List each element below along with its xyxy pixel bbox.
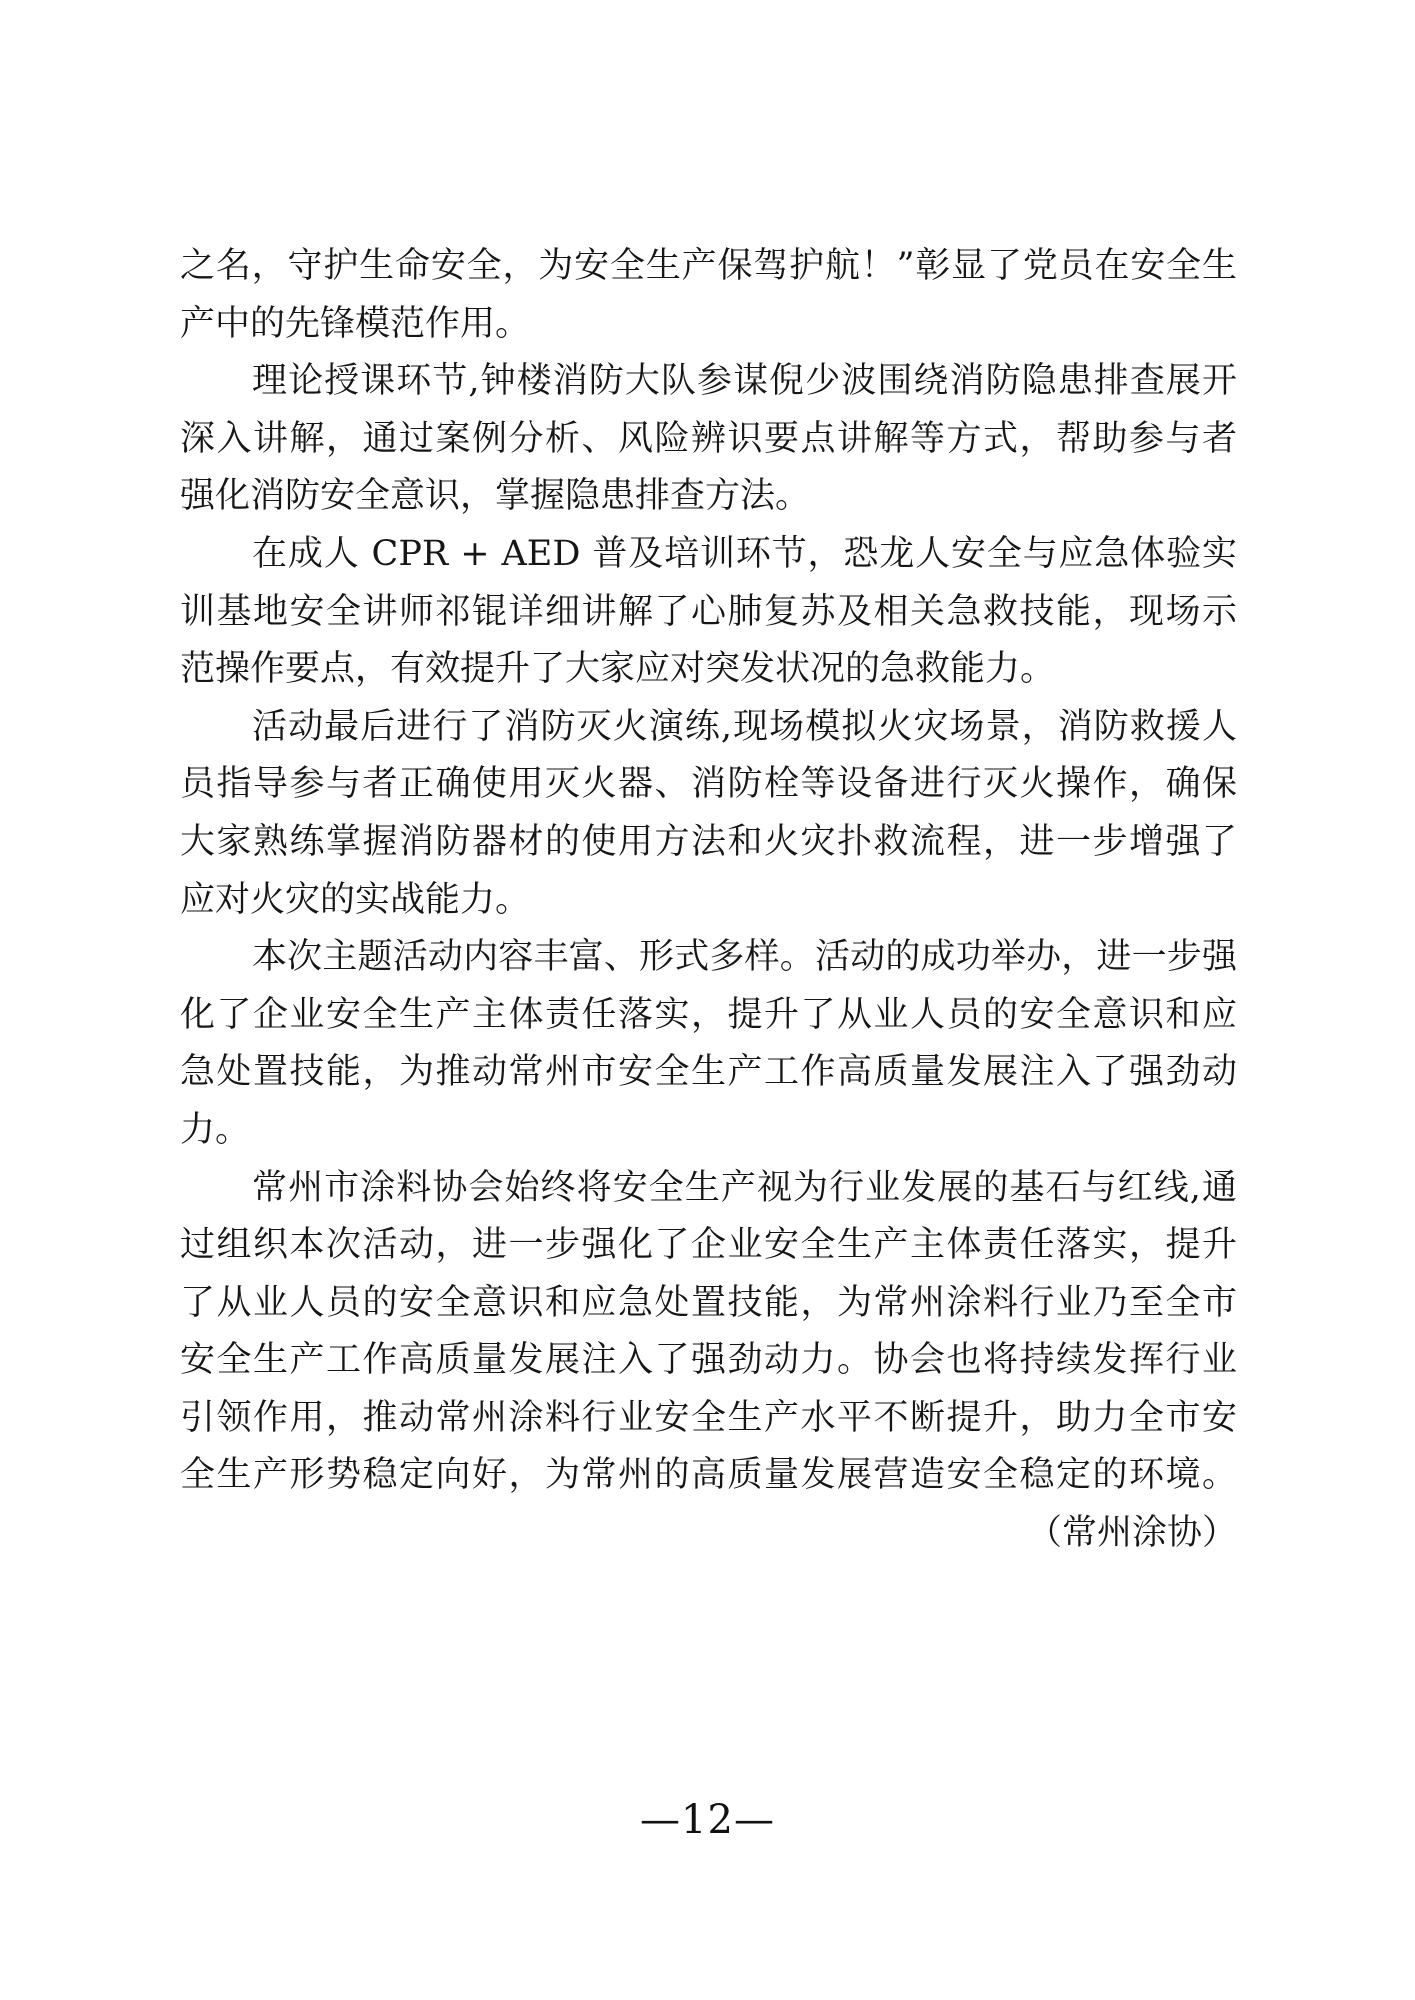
text-line: 深入讲解，通过案例分析、风险辨识要点讲解等方式，帮助参与者 xyxy=(180,411,1237,469)
text-line: 活动最后进行了消防灭火演练,现场模拟火灾场景，消防救援人 xyxy=(180,699,1237,757)
document-page: 之名，守护生命安全，为安全生产保驾护航！”彰显了党员在安全生 产中的先锋模范作用… xyxy=(0,0,1415,2000)
text-line: 急处置技能，为推动常州市安全生产工作高质量发展注入了强劲动 xyxy=(180,1044,1237,1102)
page-number: —12— xyxy=(640,1797,775,1843)
text-line: 应对火灾的实战能力。 xyxy=(180,872,1237,930)
text-line: 在成人 CPR + AED 普及培训环节，恐龙人安全与应急体验实 xyxy=(180,526,1237,584)
text-line: 强化消防安全意识，掌握隐患排查方法。 xyxy=(180,468,1237,526)
text-line: 全生产形势稳定向好，为常州的高质量发展营造安全稳定的环境。 xyxy=(180,1447,1237,1505)
text-line: 理论授课环节,钟楼消防大队参谋倪少波围绕消防隐患排查展开 xyxy=(180,353,1237,411)
text-line: 了从业人员的安全意识和应急处置技能，为常州涂料行业乃至全市 xyxy=(180,1275,1237,1333)
text-line: 产中的先锋模范作用。 xyxy=(180,296,1237,354)
text-line: 力。 xyxy=(180,1102,1237,1160)
text-line: 化了企业安全生产主体责任落实，提升了从业人员的安全意识和应 xyxy=(180,987,1237,1045)
page-footer: —12— xyxy=(0,1790,1415,1850)
signature: （常州涂协） xyxy=(180,1505,1237,1563)
text-line: 训基地安全讲师祁锟详细讲解了心肺复苏及相关急救技能，现场示 xyxy=(180,584,1237,642)
text-line: 大家熟练掌握消防器材的使用方法和火灾扑救流程，进一步增强了 xyxy=(180,814,1237,872)
text-line: 范操作要点，有效提升了大家应对突发状况的急救能力。 xyxy=(180,641,1237,699)
text-line: 常州市涂料协会始终将安全生产视为行业发展的基石与红线,通 xyxy=(180,1160,1237,1218)
text-line: 员指导参与者正确使用灭火器、消防栓等设备进行灭火操作，确保 xyxy=(180,756,1237,814)
document-body: 之名，守护生命安全，为安全生产保驾护航！”彰显了党员在安全生 产中的先锋模范作用… xyxy=(180,238,1237,1563)
text-line: 过组织本次活动，进一步强化了企业安全生产主体责任落实，提升 xyxy=(180,1217,1237,1275)
text-line: 引领作用，推动常州涂料行业安全生产水平不断提升，助力全市安 xyxy=(180,1390,1237,1448)
text-line: 本次主题活动内容丰富、形式多样。活动的成功举办，进一步强 xyxy=(180,929,1237,987)
text-line: 安全生产工作高质量发展注入了强劲动力。协会也将持续发挥行业 xyxy=(180,1332,1237,1390)
text-line: 之名，守护生命安全，为安全生产保驾护航！”彰显了党员在安全生 xyxy=(180,238,1237,296)
